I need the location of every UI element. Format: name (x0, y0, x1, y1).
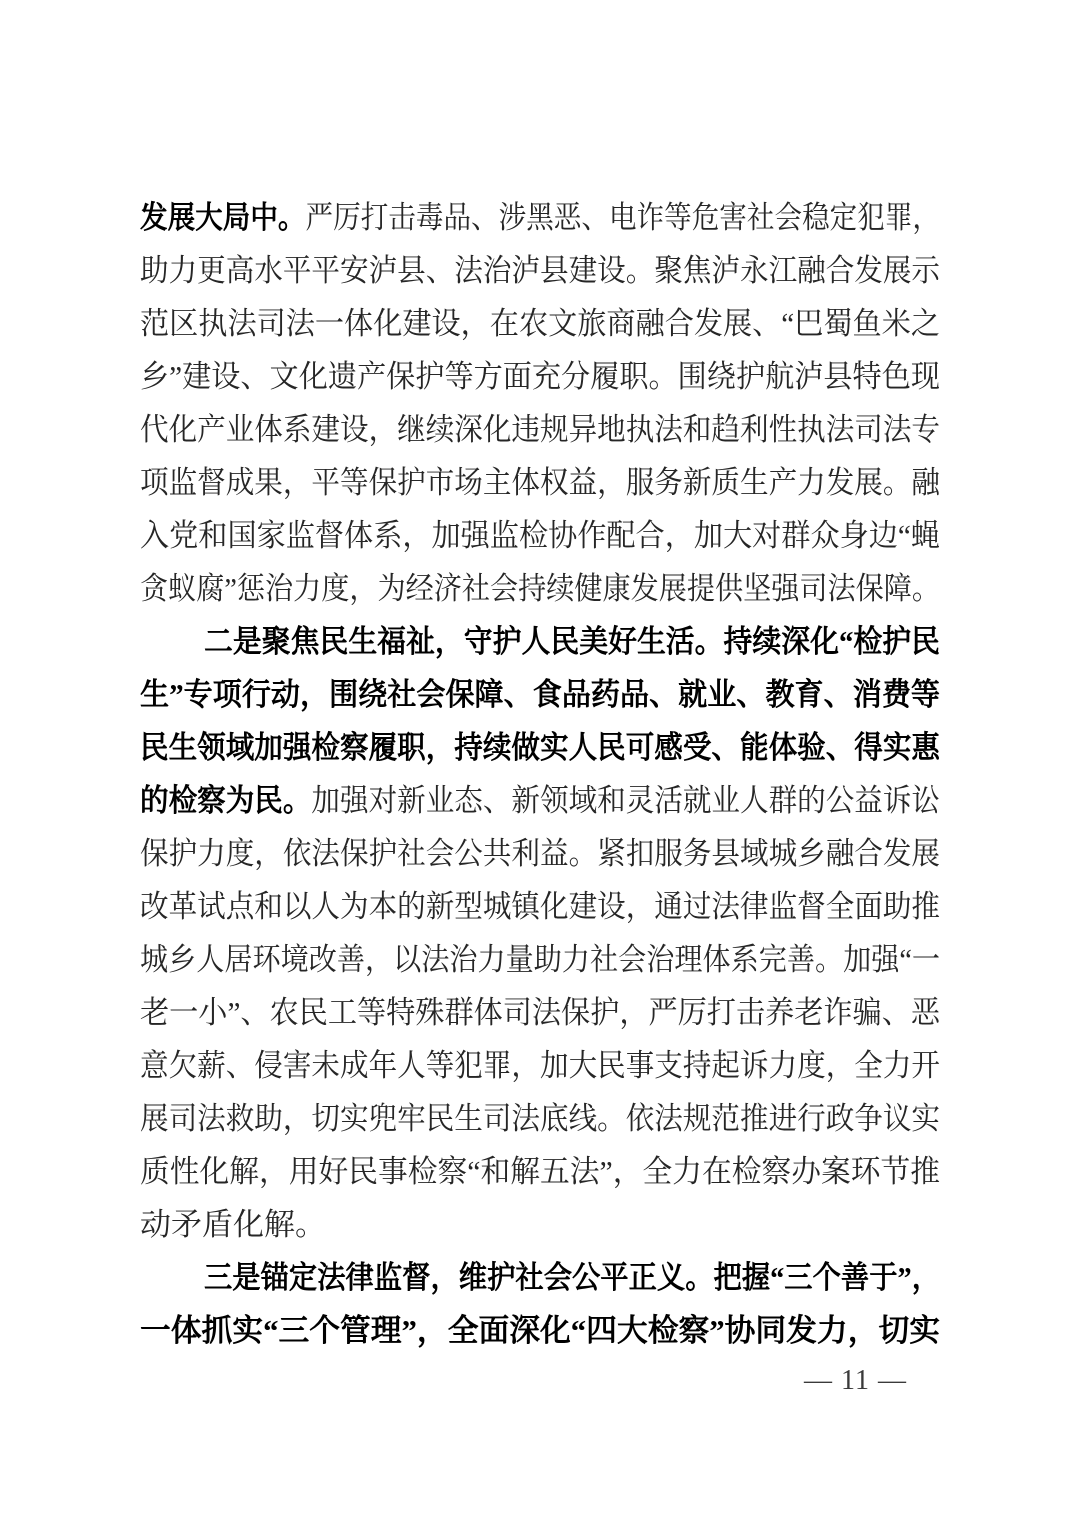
text-segment: 改革试点和以人为本的新型城镇化建设，通过法律监督全面助推 (140, 889, 940, 924)
text-line: 城乡人居环境改善，以法治力量助力社会治理体系完善。加强“一 (140, 933, 940, 986)
text-line: 发展大局中。严厉打击毒品、涉黑恶、电诈等危害社会稳定犯罪， (140, 191, 940, 244)
text-line: 二是聚焦民生福祉，守护人民美好生活。持续深化“检护民 (140, 615, 940, 668)
bold-text-segment: 民生领域加强检察履职，持续做实人民可感受、能体验、得实惠 (140, 730, 940, 765)
text-segment: 范区执法司法一体化建设，在农文旅商融合发展、“巴蜀鱼米之 (140, 306, 940, 341)
text-line-content: 的检察为民。加强对新业态、新领域和灵活就业人群的公益诉讼 (140, 774, 940, 827)
text-line-content: 范区执法司法一体化建设，在农文旅商融合发展、“巴蜀鱼米之 (140, 297, 940, 350)
text-line-content: 民生领域加强检察履职，持续做实人民可感受、能体验、得实惠 (140, 721, 940, 774)
text-line-content: 生”专项行动，围绕社会保障、食品药品、就业、教育、消费等 (140, 668, 940, 721)
text-line: 展司法救助，切实兜牢民生司法底线。依法规范推进行政争议实 (140, 1092, 940, 1145)
text-line: 生”专项行动，围绕社会保障、食品药品、就业、教育、消费等 (140, 668, 940, 721)
page-number: — 11 — (804, 1364, 907, 1398)
text-line: 入党和国家监督体系，加强监检协作配合，加大对群众身边“蝇 (140, 509, 940, 562)
text-segment: 代化产业体系建设，继续深化违规异地执法和趋利性执法司法专 (140, 412, 940, 447)
text-line: 民生领域加强检察履职，持续做实人民可感受、能体验、得实惠 (140, 721, 940, 774)
text-line: 范区执法司法一体化建设，在农文旅商融合发展、“巴蜀鱼米之 (140, 297, 940, 350)
text-line-content: 动矛盾化解。 (140, 1198, 326, 1251)
text-segment: 助力更高水平平安泸县、法治泸县建设。聚焦泸永江融合发展示 (140, 253, 940, 288)
text-line-content: 一体抓实“三个管理”，全面深化“四大检察”协同发力，切实 (140, 1304, 940, 1357)
text-line-content: 二是聚焦民生福祉，守护人民美好生活。持续深化“检护民 (204, 615, 940, 668)
text-line-content: 入党和国家监督体系，加强监检协作配合，加大对群众身边“蝇 (140, 509, 940, 562)
text-segment: 项监督成果，平等保护市场主体权益，服务新质生产力发展。融 (140, 465, 940, 500)
text-segment: 动矛盾化解。 (140, 1207, 326, 1242)
bold-text-segment: 三是锚定法律监督，维护社会公平正义。把握“三个善于”， (204, 1260, 940, 1295)
text-segment: 严厉打击毒品、涉黑恶、电诈等危害社会稳定犯罪， (306, 200, 940, 235)
text-line-content: 意欠薪、侵害未成年人等犯罪，加大民事支持起诉力度，全力开 (140, 1039, 940, 1092)
text-line: 改革试点和以人为本的新型城镇化建设，通过法律监督全面助推 (140, 880, 940, 933)
text-line: 的检察为民。加强对新业态、新领域和灵活就业人群的公益诉讼 (140, 774, 940, 827)
bold-text-segment: 生”专项行动，围绕社会保障、食品药品、就业、教育、消费等 (140, 677, 940, 712)
text-segment: 保护力度，依法保护社会公共利益。紧扣服务县域城乡融合发展 (140, 836, 940, 871)
text-line: 动矛盾化解。 (140, 1198, 940, 1251)
text-segment: 贪蚁腐”惩治力度，为经济社会持续健康发展提供坚强司法保障。 (140, 571, 940, 606)
text-line-content: 助力更高水平平安泸县、法治泸县建设。聚焦泸永江融合发展示 (140, 244, 940, 297)
text-segment: 老一小”、农民工等特殊群体司法保护，严厉打击养老诈骗、恶 (140, 995, 940, 1030)
text-line-content: 三是锚定法律监督，维护社会公平正义。把握“三个善于”， (204, 1251, 940, 1304)
text-segment: 城乡人居环境改善，以法治力量助力社会治理体系完善。加强“一 (140, 942, 940, 977)
text-line: 贪蚁腐”惩治力度，为经济社会持续健康发展提供坚强司法保障。 (140, 562, 940, 615)
text-line-content: 城乡人居环境改善，以法治力量助力社会治理体系完善。加强“一 (140, 933, 940, 986)
text-line: 助力更高水平平安泸县、法治泸县建设。聚焦泸永江融合发展示 (140, 244, 940, 297)
text-line-content: 保护力度，依法保护社会公共利益。紧扣服务县域城乡融合发展 (140, 827, 940, 880)
bold-text-segment: 发展大局中。 (140, 200, 306, 235)
text-line: 质性化解，用好民事检察“和解五法”，全力在检察办案环节推 (140, 1145, 940, 1198)
text-line: 三是锚定法律监督，维护社会公平正义。把握“三个善于”， (140, 1251, 940, 1304)
text-line: 老一小”、农民工等特殊群体司法保护，严厉打击养老诈骗、恶 (140, 986, 940, 1039)
text-segment: 意欠薪、侵害未成年人等犯罪，加大民事支持起诉力度，全力开 (140, 1048, 940, 1083)
text-line-content: 质性化解，用好民事检察“和解五法”，全力在检察办案环节推 (140, 1145, 940, 1198)
bold-text-segment: 一体抓实“三个管理”，全面深化“四大检察”协同发力，切实 (140, 1313, 940, 1348)
text-line: 一体抓实“三个管理”，全面深化“四大检察”协同发力，切实 (140, 1304, 940, 1357)
bold-text-segment: 的检察为民。 (140, 783, 311, 818)
text-line: 项监督成果，平等保护市场主体权益，服务新质生产力发展。融 (140, 456, 940, 509)
text-line-content: 乡”建设、文化遗产保护等方面充分履职。围绕护航泸县特色现 (140, 350, 940, 403)
text-segment: 乡”建设、文化遗产保护等方面充分履职。围绕护航泸县特色现 (140, 359, 940, 394)
text-line-content: 代化产业体系建设，继续深化违规异地执法和趋利性执法司法专 (140, 403, 940, 456)
text-segment: 质性化解，用好民事检察“和解五法”，全力在检察办案环节推 (140, 1154, 940, 1189)
text-line-content: 展司法救助，切实兜牢民生司法底线。依法规范推进行政争议实 (140, 1092, 940, 1145)
text-line: 保护力度，依法保护社会公共利益。紧扣服务县域城乡融合发展 (140, 827, 940, 880)
text-line: 代化产业体系建设，继续深化违规异地执法和趋利性执法司法专 (140, 403, 940, 456)
text-segment: 加强对新业态、新领域和灵活就业人群的公益诉讼 (311, 783, 940, 818)
text-line-content: 发展大局中。严厉打击毒品、涉黑恶、电诈等危害社会稳定犯罪， (140, 191, 940, 244)
document-page: 发展大局中。严厉打击毒品、涉黑恶、电诈等危害社会稳定犯罪，助力更高水平平安泸县、… (0, 0, 1074, 1520)
text-line-content: 项监督成果，平等保护市场主体权益，服务新质生产力发展。融 (140, 456, 940, 509)
text-line-content: 老一小”、农民工等特殊群体司法保护，严厉打击养老诈骗、恶 (140, 986, 940, 1039)
text-line-content: 改革试点和以人为本的新型城镇化建设，通过法律监督全面助推 (140, 880, 940, 933)
text-line-content: 贪蚁腐”惩治力度，为经济社会持续健康发展提供坚强司法保障。 (140, 562, 940, 615)
text-line: 意欠薪、侵害未成年人等犯罪，加大民事支持起诉力度，全力开 (140, 1039, 940, 1092)
text-line: 乡”建设、文化遗产保护等方面充分履职。围绕护航泸县特色现 (140, 350, 940, 403)
document-body: 发展大局中。严厉打击毒品、涉黑恶、电诈等危害社会稳定犯罪，助力更高水平平安泸县、… (140, 191, 940, 1357)
bold-text-segment: 二是聚焦民生福祉，守护人民美好生活。持续深化“检护民 (204, 624, 940, 659)
text-segment: 展司法救助，切实兜牢民生司法底线。依法规范推进行政争议实 (140, 1101, 940, 1136)
text-segment: 入党和国家监督体系，加强监检协作配合，加大对群众身边“蝇 (140, 518, 940, 553)
